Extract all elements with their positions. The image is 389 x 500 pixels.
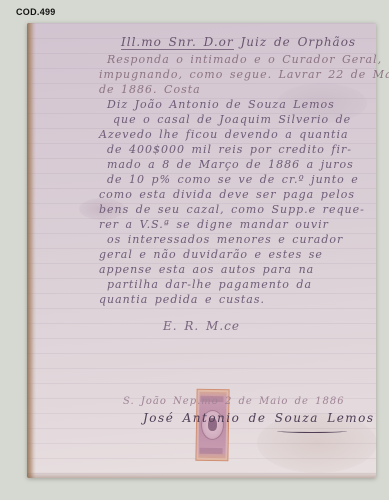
manuscript-line: partilha dar-lhe pagamento da xyxy=(99,277,367,292)
paper-aged-edge xyxy=(27,23,36,478)
manuscript-line: rer a V.S.ª se digne mandar ouvir xyxy=(99,217,367,232)
manuscript-line: Diz João Antonio de Souza Lemos xyxy=(99,97,367,112)
signature: José Antonio de Souza Lemos xyxy=(143,411,375,425)
manuscript-line: os interessados menores e curador xyxy=(99,232,367,247)
manuscript-line: mado a 8 de Março de 1886 a juros xyxy=(99,157,367,172)
manuscript-text: Ill.mo Snr. D.or Juiz de Orphãos Respond… xyxy=(99,35,367,334)
manuscript-line: como esta divida deve ser paga pelos xyxy=(99,187,367,202)
paper-bottom-edge xyxy=(27,472,376,478)
manuscript-line: bens de seu cazal, como Supp.e reque- xyxy=(99,202,367,217)
manuscript-line: appense esta aos autos para na xyxy=(99,262,367,277)
stamp-bottom-band xyxy=(199,448,222,454)
archive-code-label: COD.499 xyxy=(16,7,56,17)
manuscript-line: de 400$000 mil reis por credito fir- xyxy=(99,142,367,157)
judge-annotation-line: Responda o intimado e o Curador Geral, m… xyxy=(99,52,367,67)
manuscript-line: de 10 p% como se ve de cr.º junto e xyxy=(99,172,367,187)
judge-annotation-line: de 1886. Costa xyxy=(99,82,367,97)
closing-formula: E. R. M.ce xyxy=(99,319,367,334)
heading-salutation: Ill.mo Snr. D.or xyxy=(121,35,234,50)
document-heading: Ill.mo Snr. D.or Juiz de Orphãos xyxy=(99,35,367,52)
heading-title: Juiz de Orphãos xyxy=(240,35,356,49)
manuscript-line: que o casal de Joaquim Silverio de xyxy=(99,112,367,127)
manuscript-page: Ill.mo Snr. D.or Juiz de Orphãos Respond… xyxy=(27,23,376,478)
date-place-line: S. João Nep.mo 2 de Maio de 1886 xyxy=(123,396,345,407)
signature-flourish xyxy=(277,429,347,433)
manuscript-line: quantia pedida e custas. xyxy=(99,292,367,307)
manuscript-line: geral e não duvidarão e estes se xyxy=(99,247,367,262)
judge-annotation-line: impugnando, como segue. Lavrar 22 de Mai… xyxy=(99,67,367,82)
manuscript-line: Azevedo lhe ficou devendo a quantia xyxy=(99,127,367,142)
